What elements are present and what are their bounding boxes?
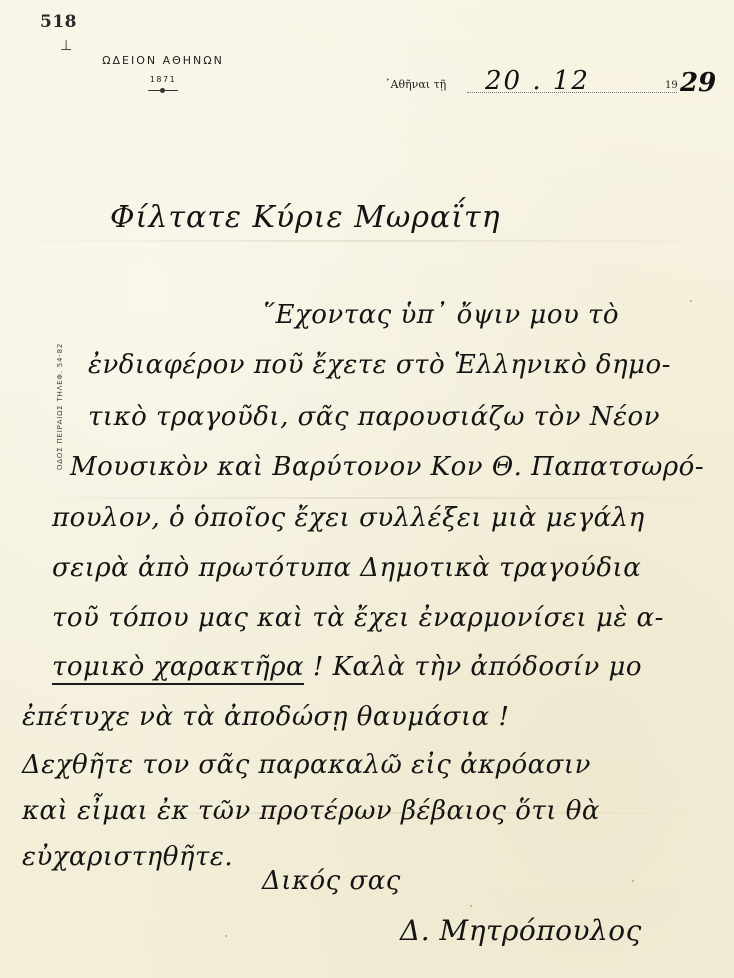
paper-speck: [690, 300, 692, 302]
letterhead: ΩΔΕΙΟΝ ΑΘΗΝΩΝ 1871: [88, 54, 238, 91]
letter-line: ῞Εχοντας ὑπ᾿ ὄψιν μου τὸ: [262, 300, 619, 330]
dateline: ᾿Αθῆναι τῇ 20 . 12 19 29: [385, 72, 715, 102]
letter-line: Δεχθῆτε τον σᾶς παρακαλῶ εἰς ἀκρόασιν: [22, 750, 591, 780]
date-century: 19: [665, 80, 678, 91]
paper-crease: [0, 240, 734, 242]
letter-line-rest: ! Καλὰ τὴν ἀπόδοσίν μο: [304, 652, 642, 682]
letter-line: τοῦ τόπου μας καὶ τὰ ἔχει ἐναρμονίσει μὲ…: [52, 603, 664, 633]
letter-line: τικὸ τραγοῦδι, σᾶς παρουσιάζω τὸν Νέον: [88, 402, 660, 432]
paper-speck: [225, 935, 227, 937]
date-year-suffix: 29: [680, 68, 716, 98]
paper-speck: [632, 880, 634, 882]
side-address-print: ΟΔΟΣ ΠΕΙΡΑΙΩΣ ΤΗΛΕΦ. 54-82: [56, 343, 64, 470]
letter-line: εὐχαριστηθῆτε.: [22, 842, 233, 872]
founded-year: 1871: [88, 75, 238, 84]
letter-line: τομικὸ χαρακτῆρα ! Καλὰ τὴν ἀπόδοσίν μο: [52, 652, 642, 682]
letter-line: σειρὰ ἀπὸ πρωτότυπα Δημοτικὰ τραγούδια: [52, 553, 641, 583]
letterhead-ornament: [148, 90, 178, 91]
institution-name: ΩΔΕΙΟΝ ΑΘΗΝΩΝ: [88, 54, 238, 67]
letter-paper: 518 ⊥ ΩΔΕΙΟΝ ΑΘΗΝΩΝ 1871 ΟΔΟΣ ΠΕΙΡΑΙΩΣ Τ…: [0, 0, 734, 978]
underlined-phrase: τομικὸ χαρακτῆρα: [52, 652, 304, 685]
closing: Δικός σας: [262, 866, 401, 896]
paper-speck: [470, 905, 472, 907]
letter-line: πουλον, ὁ ὁποῖος ἔχει συλλέξει μιὰ μεγάλ…: [52, 503, 645, 533]
date-place-prefix: ᾿Αθῆναι τῇ: [385, 78, 446, 91]
letter-line: καὶ εἶμαι ἐκ τῶν προτέρων βέβαιος ὅτι θὰ: [22, 796, 600, 826]
letter-line: ἐνδιαφέρον ποῦ ἔχετε στὸ Ἑλληνικὸ δημο-: [88, 350, 671, 380]
paper-speck: [520, 930, 522, 932]
letter-line: ἐπέτυχε νὰ τὰ ἀποδώσῃ θαυμάσια !: [22, 702, 509, 732]
date-day-month: 20 . 12: [485, 66, 590, 96]
paper-crease: [0, 497, 734, 499]
archive-number: 518: [40, 12, 77, 32]
archive-mark: ⊥: [60, 38, 72, 54]
letter-line: Μουσικὸν καὶ Βαρύτονον Κον Θ. Παπατσωρό-: [70, 452, 704, 482]
salutation: Φίλτατε Κύριε Μωραΐτη: [110, 200, 501, 235]
